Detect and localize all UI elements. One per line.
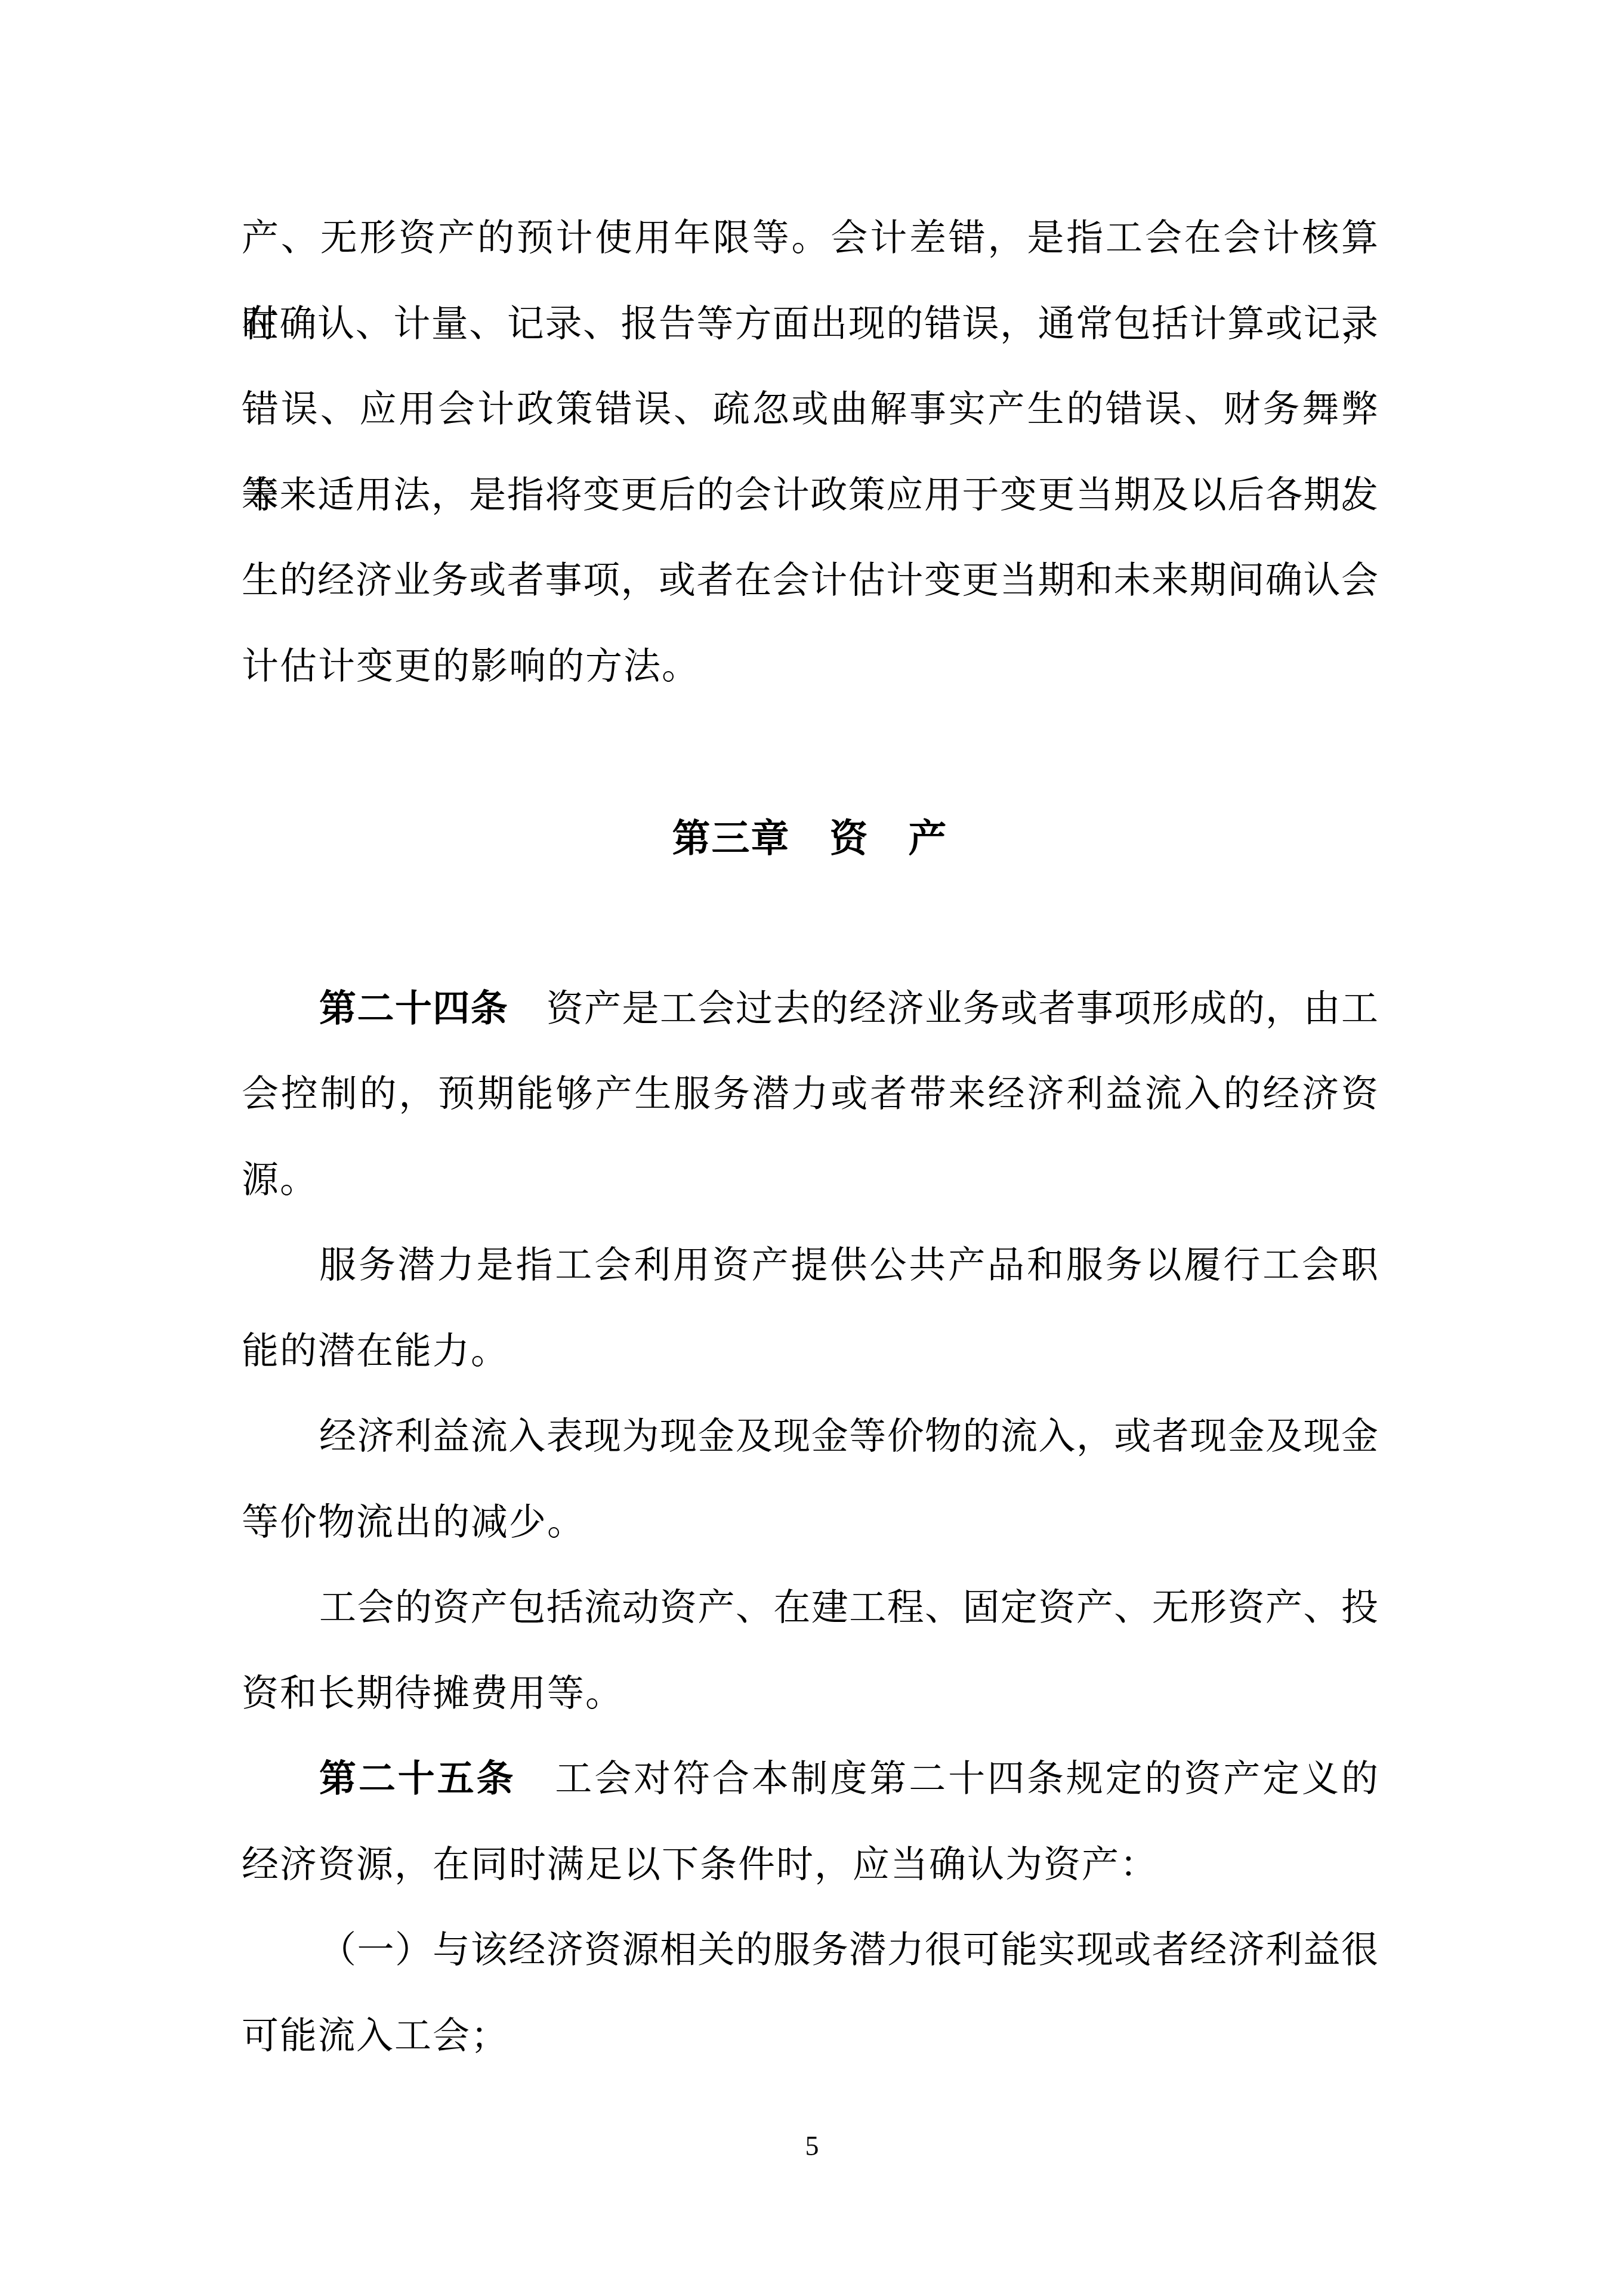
text-segment: 经济利益流入表现为现金及现金等价物的流入，或者现金及现金 bbox=[319, 1417, 1378, 1457]
text-line: 第二十四条 资产是工会过去的经济业务或者事项形成的，由工 bbox=[242, 966, 1378, 1052]
text-line: 经济利益流入表现为现金及现金等价物的流入，或者现金及现金 bbox=[242, 1394, 1378, 1480]
text-line: 未来适用法，是指将变更后的会计政策应用于变更当期及以后各期发 bbox=[242, 453, 1378, 539]
text-segment: 源。 bbox=[242, 1160, 318, 1201]
text-segment: 未来适用法，是指将变更后的会计政策应用于变更当期及以后各期发 bbox=[242, 475, 1378, 516]
text-line: 经济资源，在同时满足以下条件时，应当确认为资产： bbox=[242, 1822, 1378, 1908]
text-line: 计估计变更的影响的方法。 bbox=[242, 624, 1378, 710]
text-segment: 等价物流出的减少。 bbox=[242, 1503, 585, 1543]
text-line: 源。 bbox=[242, 1138, 1378, 1223]
text-line: 错误、应用会计政策错误、疏忽或曲解事实产生的错误、财务舞弊等。 bbox=[242, 367, 1378, 453]
text-line: 能的潜在能力。 bbox=[242, 1309, 1378, 1395]
text-line: 服务潜力是指工会利用资产提供公共产品和服务以履行工会职 bbox=[242, 1223, 1378, 1309]
text-line: 生的经济业务或者事项，或者在会计估计变更当期和未来期间确认会 bbox=[242, 538, 1378, 624]
text-segment: 第三章 资 产 bbox=[672, 817, 948, 860]
text-line: 等价物流出的减少。 bbox=[242, 1480, 1378, 1566]
article-number-label: 第二十四条 bbox=[319, 988, 508, 1030]
text-segment: 工会对符合本制度第二十四条规定的资产定义的 bbox=[515, 1759, 1378, 1800]
text-segment: 资产是工会过去的经济业务或者事项形成的，由工 bbox=[508, 989, 1378, 1030]
text-line: 可能流入工会； bbox=[242, 1994, 1378, 2079]
text-line: （一）与该经济资源相关的服务潜力很可能实现或者经济利益很 bbox=[242, 1908, 1378, 1994]
text-segment: 工会的资产包括流动资产、在建工程、固定资产、无形资产、投 bbox=[319, 1588, 1378, 1628]
page-number-text: 5 bbox=[805, 2131, 819, 2161]
article-number-label: 第二十五条 bbox=[319, 1759, 515, 1800]
chapter-heading: 第三章 资 产 bbox=[242, 795, 1378, 881]
text-segment: 生的经济业务或者事项，或者在会计估计变更当期和未来期间确认会 bbox=[242, 561, 1378, 601]
text-segment: 会控制的，预期能够产生服务潜力或者带来经济利益流入的经济资 bbox=[242, 1074, 1378, 1115]
text-segment: 能的潜在能力。 bbox=[242, 1331, 509, 1372]
text-line: 资和长期待摊费用等。 bbox=[242, 1651, 1378, 1737]
text-line: 产、无形资产的预计使用年限等。会计差错，是指工会在会计核算时， bbox=[242, 196, 1378, 282]
page-number: 5 bbox=[0, 2119, 1624, 2174]
text-segment: 在确认、计量、记录、报告等方面出现的错误，通常包括计算或记录 bbox=[242, 304, 1378, 345]
text-segment: 经济资源，在同时满足以下条件时，应当确认为资产： bbox=[242, 1845, 1158, 1886]
text-segment: 可能流入工会； bbox=[242, 2016, 509, 2057]
text-line: 在确认、计量、记录、报告等方面出现的错误，通常包括计算或记录 bbox=[242, 282, 1378, 367]
text-segment: （一）与该经济资源相关的服务潜力很可能实现或者经济利益很 bbox=[319, 1930, 1378, 1971]
text-line: 第二十五条 工会对符合本制度第二十四条规定的资产定义的 bbox=[242, 1736, 1378, 1822]
text-line: 会控制的，预期能够产生服务潜力或者带来经济利益流入的经济资 bbox=[242, 1052, 1378, 1138]
text-segment: 资和长期待摊费用等。 bbox=[242, 1674, 623, 1714]
text-segment: 计估计变更的影响的方法。 bbox=[242, 647, 700, 687]
document-page: 产、无形资产的预计使用年限等。会计差错，是指工会在会计核算时，在确认、计量、记录… bbox=[0, 0, 1624, 2296]
text-segment: 服务潜力是指工会利用资产提供公共产品和服务以履行工会职 bbox=[319, 1246, 1378, 1286]
text-line: 工会的资产包括流动资产、在建工程、固定资产、无形资产、投 bbox=[242, 1565, 1378, 1651]
